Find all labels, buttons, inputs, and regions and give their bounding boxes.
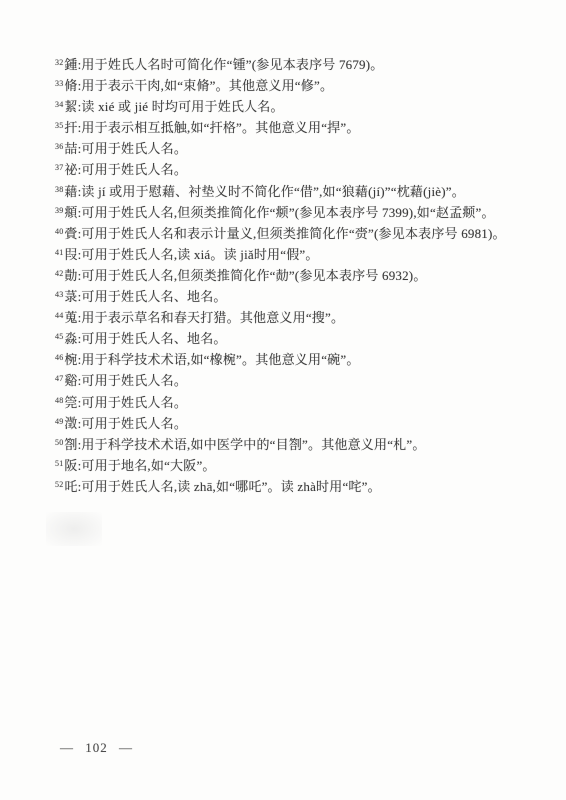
note-number: 37: [55, 158, 63, 177]
note-head-character: 椀: [64, 352, 77, 367]
note-line: 32鍾:用于姓氏人名时可简化作“锺”(参见本表序号 7679)。: [55, 55, 546, 76]
note-description: :读 xié 或 jié 时均可用于姓氏人名。: [78, 99, 284, 114]
note-line: 36喆:可用于姓氏人名。: [55, 139, 546, 160]
note-number: 41: [55, 243, 63, 262]
note-head-character: 勣: [64, 268, 77, 283]
note-number: 51: [55, 454, 63, 473]
note-head-character: 菉: [64, 289, 77, 304]
scanned-document-page: 32鍾:用于姓氏人名时可简化作“锺”(参见本表序号 7679)。33脩:用于表示…: [0, 0, 566, 800]
note-number: 33: [55, 74, 63, 93]
note-description: :用于表示草名和春天打猎。其他意义用“搜”。: [78, 310, 345, 325]
note-line: 38藉:读 jí 或用于慰藉、衬垫义时不简化作“借”,如“狼藉(jí)”“枕藉(…: [55, 182, 546, 203]
note-head-character: 阪: [64, 458, 77, 473]
note-head-character: 谿: [64, 373, 77, 388]
note-head-character: 筦: [64, 395, 77, 410]
note-description: :可用于姓氏人名,读 zhā,如“哪吒”。读 zhà时用“咤”。: [78, 479, 381, 494]
note-description: :用于科学技术术语,如“橡椀”。其他意义用“碗”。: [78, 352, 360, 367]
note-description: :用于表示干肉,如“束脩”。其他意义用“修”。: [78, 78, 334, 93]
note-number: 46: [55, 348, 63, 367]
note-head-character: 鍾: [64, 57, 77, 72]
note-description: :可用于姓氏人名。: [78, 395, 187, 410]
note-line: 41叚:可用于姓氏人名,读 xiá。读 jiǎ时用“假”。: [55, 245, 546, 266]
note-head-character: 叚: [64, 247, 77, 262]
notes-list: 32鍾:用于姓氏人名时可简化作“锺”(参见本表序号 7679)。33脩:用于表示…: [55, 55, 546, 498]
note-description: :可用于姓氏人名、地名。: [78, 331, 227, 346]
note-line: 39頫:可用于姓氏人名,但须类推简化作“𫖯”(参见本表序号 7399),如“赵孟…: [55, 203, 546, 224]
scan-smudge: [46, 512, 102, 546]
note-head-character: 劄: [64, 437, 77, 452]
note-line: 50劄:用于科学技术术语,如中医学中的“目劄”。其他意义用“札”。: [55, 435, 546, 456]
note-number: 52: [55, 475, 63, 494]
note-number: 42: [55, 264, 63, 283]
note-description: :可用于地名,如“大阪”。: [78, 458, 216, 473]
note-line: 45淼:可用于姓氏人名、地名。: [55, 329, 546, 350]
note-head-character: 頫: [64, 205, 77, 220]
note-line: 33脩:用于表示干肉,如“束脩”。其他意义用“修”。: [55, 76, 546, 97]
note-number: 50: [55, 433, 63, 452]
note-description: :可用于姓氏人名、地名。: [78, 289, 227, 304]
note-line: 34絜:读 xié 或 jié 时均可用于姓氏人名。: [55, 97, 546, 118]
note-head-character: 賫: [64, 226, 77, 241]
note-head-character: 淼: [64, 331, 77, 346]
note-description: :可用于姓氏人名。: [78, 416, 187, 431]
note-number: 32: [55, 53, 63, 72]
note-head-character: 絜: [64, 99, 77, 114]
note-description: :用于表示相互抵触,如“扞格”。其他意义用“捍”。: [78, 120, 360, 135]
note-number: 43: [55, 285, 63, 304]
note-line: 43菉:可用于姓氏人名、地名。: [55, 287, 546, 308]
note-line: 46椀:用于科学技术术语,如“橡椀”。其他意义用“碗”。: [55, 350, 546, 371]
note-line: 37祕:可用于姓氏人名。: [55, 160, 546, 181]
note-number: 47: [55, 369, 63, 388]
note-head-character: 澂: [64, 416, 77, 431]
note-number: 39: [55, 201, 63, 220]
note-description: :可用于姓氏人名和表示计量义,但须类推简化作“赍”(参见本表序号 6981)。: [78, 226, 506, 241]
note-description: :可用于姓氏人名。: [78, 162, 187, 177]
note-number: 40: [55, 222, 63, 241]
note-line: 47谿:可用于姓氏人名。: [55, 371, 546, 392]
note-line: 52吒:可用于姓氏人名,读 zhā,如“哪吒”。读 zhà时用“咤”。: [55, 477, 546, 498]
note-number: 44: [55, 306, 63, 325]
note-head-character: 喆: [64, 141, 77, 156]
note-description: :可用于姓氏人名。: [78, 141, 187, 156]
note-description: :可用于姓氏人名,读 xiá。读 jiǎ时用“假”。: [78, 247, 319, 262]
note-line: 51阪:可用于地名,如“大阪”。: [55, 456, 546, 477]
note-head-character: 脩: [64, 78, 77, 93]
note-head-character: 藉: [64, 184, 77, 199]
note-description: :用于姓氏人名时可简化作“锺”(参见本表序号 7679)。: [78, 57, 384, 72]
note-description: :读 jí 或用于慰藉、衬垫义时不简化作“借”,如“狼藉(jí)”“枕藉(jiè…: [78, 184, 465, 199]
note-number: 34: [55, 95, 63, 114]
note-head-character: 蒐: [64, 310, 77, 325]
note-description: :可用于姓氏人名,但须类推简化作“𪟝”(参见本表序号 6932)。: [78, 268, 427, 283]
note-line: 35扞:用于表示相互抵触,如“扞格”。其他意义用“捍”。: [55, 118, 546, 139]
page-number: — 102 —: [60, 740, 133, 756]
note-number: 35: [55, 116, 63, 135]
note-head-character: 扞: [64, 120, 77, 135]
note-number: 49: [55, 412, 63, 431]
note-line: 42勣:可用于姓氏人名,但须类推简化作“𪟝”(参见本表序号 6932)。: [55, 266, 546, 287]
note-number: 38: [55, 180, 63, 199]
note-description: :可用于姓氏人名。: [78, 373, 187, 388]
note-line: 40賫:可用于姓氏人名和表示计量义,但须类推简化作“赍”(参见本表序号 6981…: [55, 224, 546, 245]
note-description: :可用于姓氏人名,但须类推简化作“𫖯”(参见本表序号 7399),如“赵孟𫖯”。: [78, 205, 495, 220]
note-head-character: 祕: [64, 162, 77, 177]
note-description: :用于科学技术术语,如中医学中的“目劄”。其他意义用“札”。: [78, 437, 426, 452]
note-number: 48: [55, 391, 63, 410]
note-line: 49澂:可用于姓氏人名。: [55, 414, 546, 435]
note-number: 45: [55, 327, 63, 346]
note-line: 48筦:可用于姓氏人名。: [55, 393, 546, 414]
note-line: 44蒐:用于表示草名和春天打猎。其他意义用“搜”。: [55, 308, 546, 329]
note-head-character: 吒: [64, 479, 77, 494]
note-number: 36: [55, 137, 63, 156]
